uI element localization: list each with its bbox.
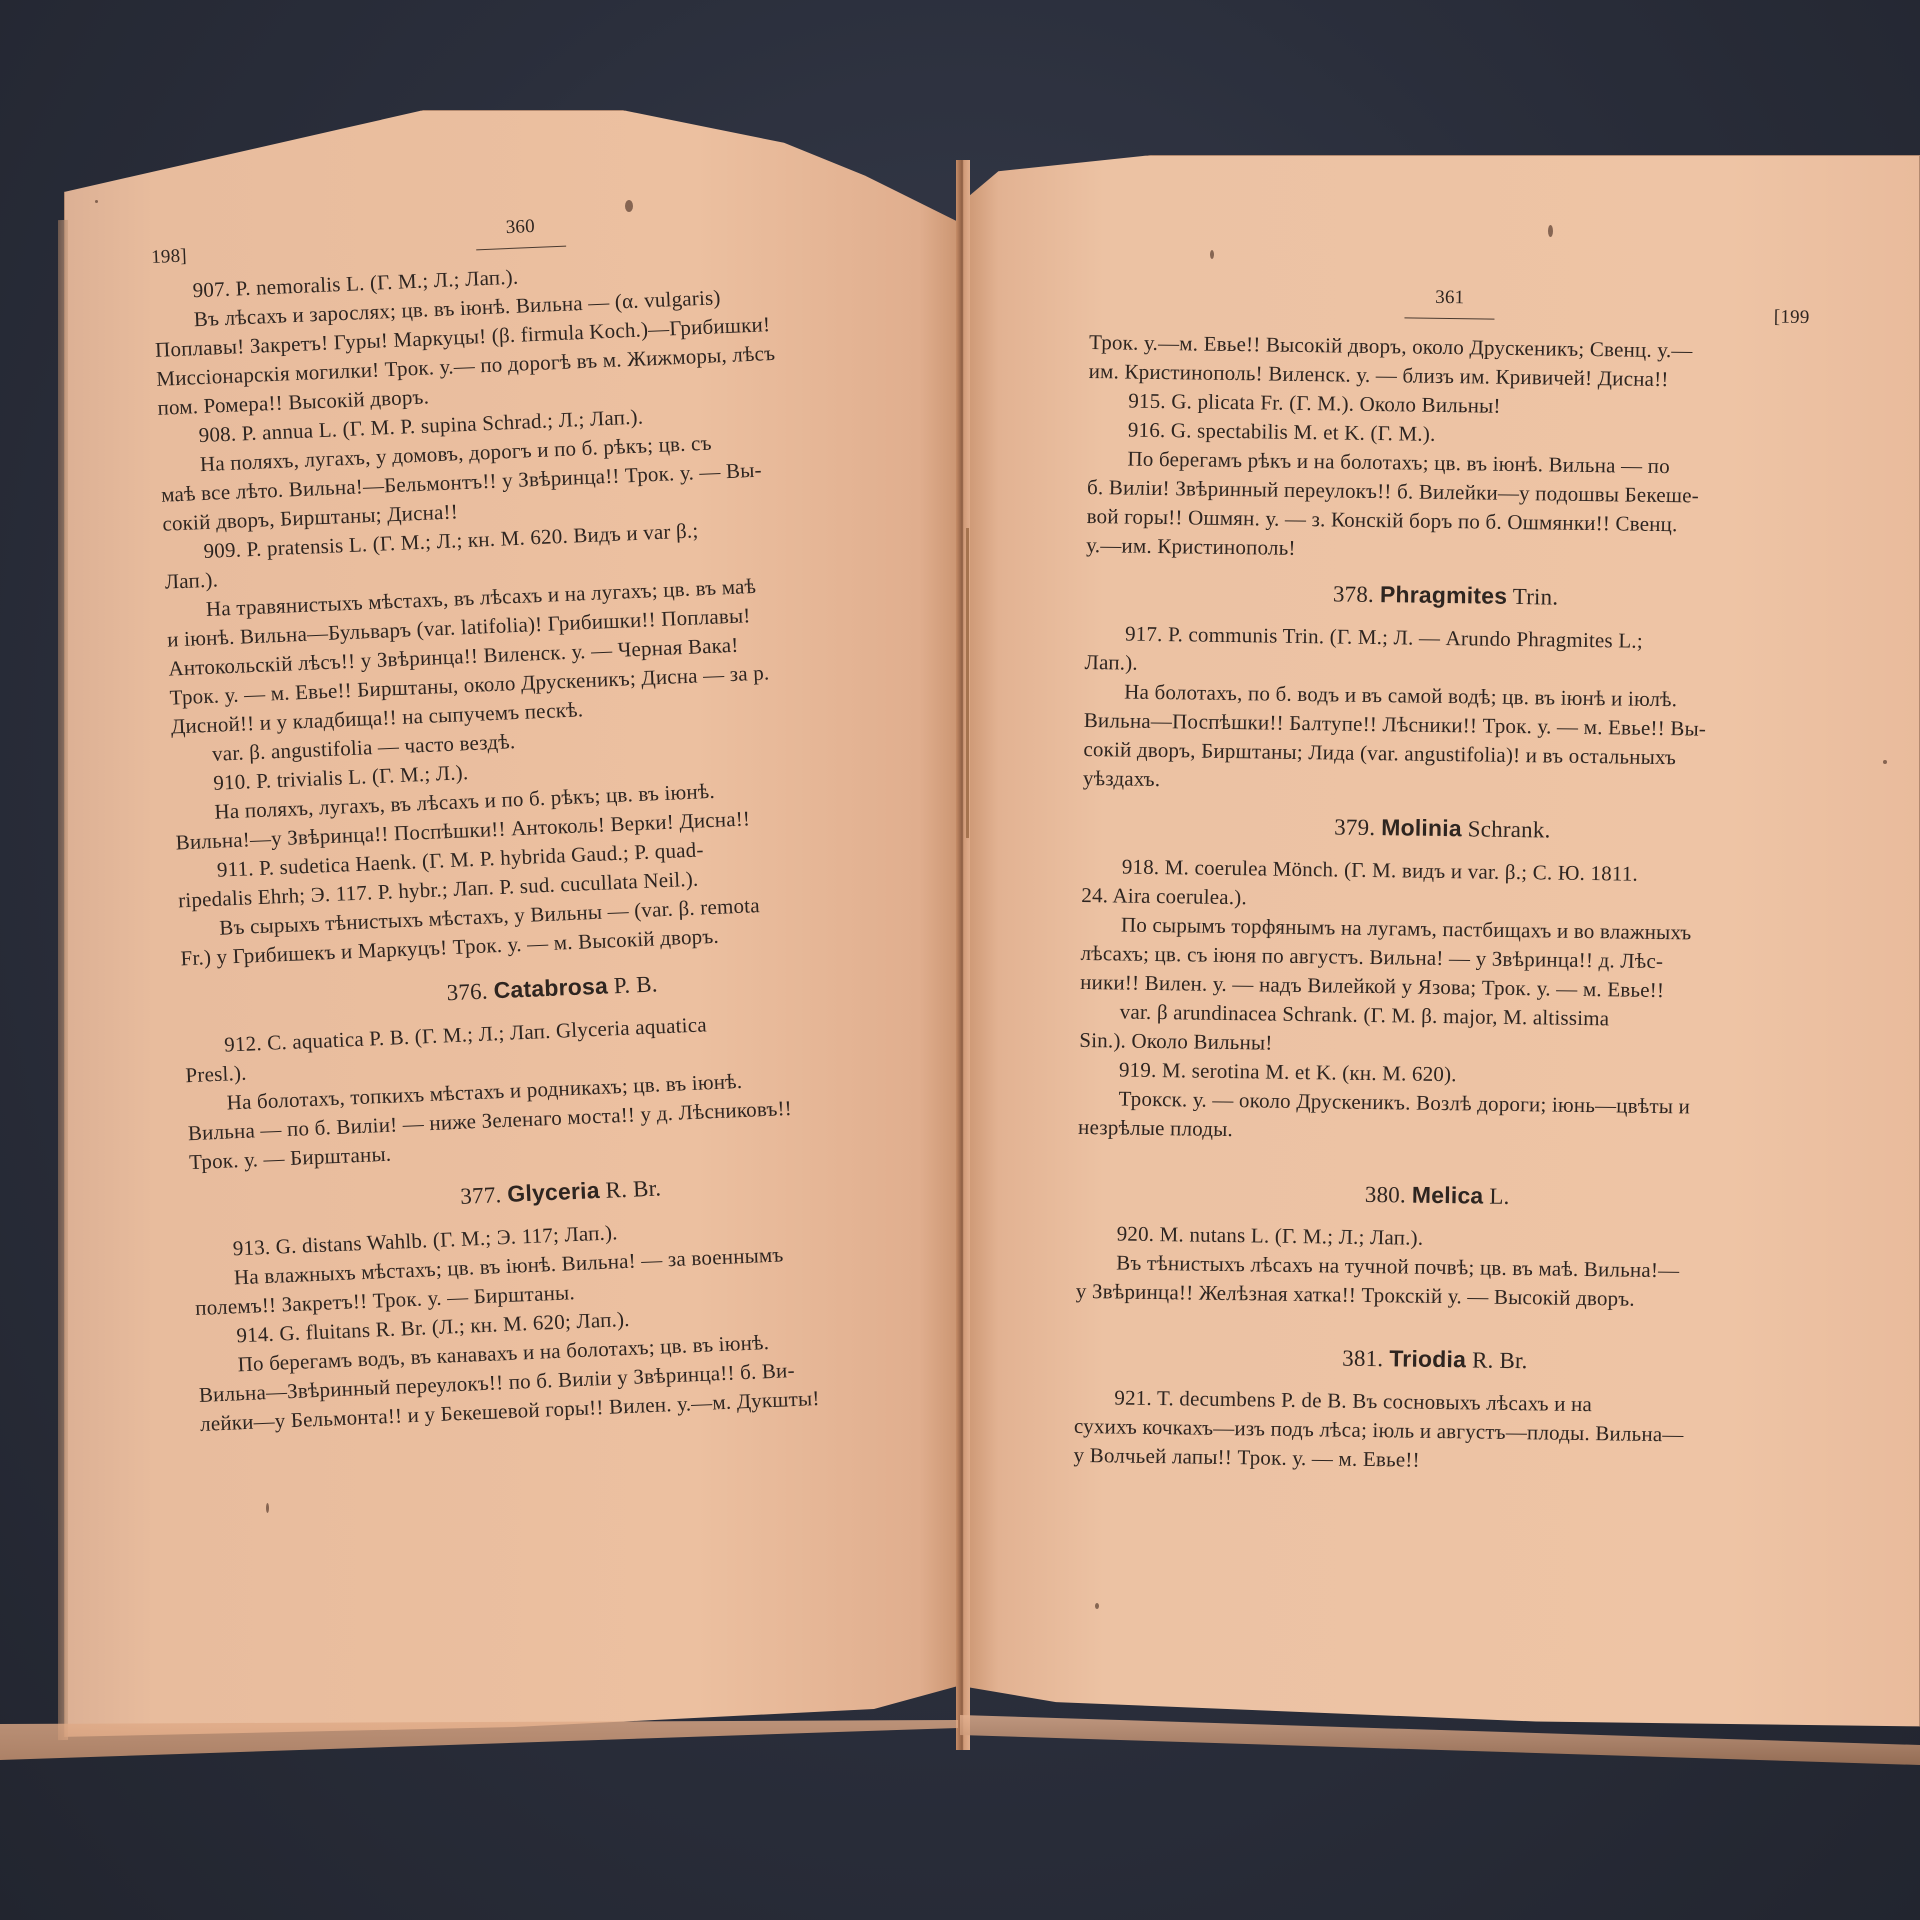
genus-heading: 381. Triodia R. Br. (1075, 1340, 1795, 1379)
species-entries: 921. T. decumbens P. de B. Въ сосновыхъ … (1073, 1383, 1794, 1480)
right-page-body: Трок. у.—м. Евье!! Высокій дворъ, около … (1086, 328, 1809, 570)
species-entries: 912. C. aquatica P. B. (Г. М.; Л.; Лап. … (184, 1001, 929, 1177)
paper-speck (1210, 250, 1214, 259)
species-entries: 918. M. coerulea Mönch. (Г. М. видъ и va… (1078, 852, 1802, 1152)
paper-speck (1548, 225, 1553, 237)
binding-thread (966, 528, 969, 838)
genus-number: 376. (446, 979, 488, 1006)
species-entries: 920. M. nutans L. (Г. М.; Л.; Лап.).Въ т… (1076, 1219, 1797, 1316)
genus-heading: 379. Molinia Schrank. (1082, 809, 1802, 848)
paper-speck (266, 1503, 269, 1513)
genus-author: L. (1489, 1184, 1510, 1209)
book-gutter (956, 160, 970, 1750)
paper-speck (95, 200, 98, 203)
genus-author: Trin. (1513, 584, 1559, 610)
genus-author: R. Br. (605, 1175, 662, 1202)
species-entries: 917. P. communis Trin. (Г. М.; Л. — Arun… (1083, 619, 1805, 803)
genus-number: 377. (460, 1182, 502, 1209)
genus-number: 378. (1333, 581, 1374, 607)
species-entries: 913. G. distans Wahlb. (Г. М.; Э. 117; Л… (192, 1205, 940, 1439)
section-page-number: [199 (1774, 303, 1810, 332)
left-page-body: 907. P. nemoralis L. (Г. М.; Л.; Лап.).В… (152, 247, 920, 973)
genus-name: Catabrosa (493, 973, 608, 1004)
genus-number: 381. (1342, 1346, 1383, 1372)
left-page-bottom-edge (0, 1720, 958, 1760)
photo-scene: 198] 360 907. P. nemoralis L. (Г. М.; Л.… (0, 0, 1920, 1920)
left-page-stack-edge (58, 220, 68, 1740)
left-page-text: 198] 360 907. P. nemoralis L. (Г. М.; Л.… (150, 197, 940, 1439)
genus-heading: 378. Phragmites Trin. (1085, 576, 1805, 615)
folio-number: 361 (1404, 282, 1494, 319)
paper-speck (1883, 760, 1887, 764)
genus-number: 380. (1365, 1182, 1406, 1208)
genus-author: R. Br. (1472, 1347, 1528, 1373)
genus-name: Melica (1412, 1182, 1484, 1209)
right-page-sections: 378. Phragmites Trin.917. P. communis Tr… (1073, 576, 1805, 1480)
right-page-text: 361 [199 Трок. у.—м. Евье!! Высокій двор… (1073, 278, 1810, 1480)
genus-name: Molinia (1381, 814, 1462, 841)
genus-number: 379. (1334, 814, 1375, 840)
right-running-head: 361 [199 (1089, 278, 1810, 332)
paper-speck (1095, 1603, 1099, 1609)
genus-author: Schrank. (1468, 816, 1551, 842)
folio-number: 360 (475, 211, 566, 251)
genus-author: P. B. (613, 971, 658, 998)
genus-name: Phragmites (1380, 581, 1508, 609)
genus-name: Glyceria (507, 1177, 600, 1207)
genus-name: Triodia (1389, 1345, 1466, 1372)
genus-heading: 380. Melica L. (1077, 1176, 1797, 1215)
left-page-sections: 376. Catabrosa P. B.912. C. aquatica P. … (182, 958, 940, 1439)
section-page-number: 198] (151, 241, 188, 271)
